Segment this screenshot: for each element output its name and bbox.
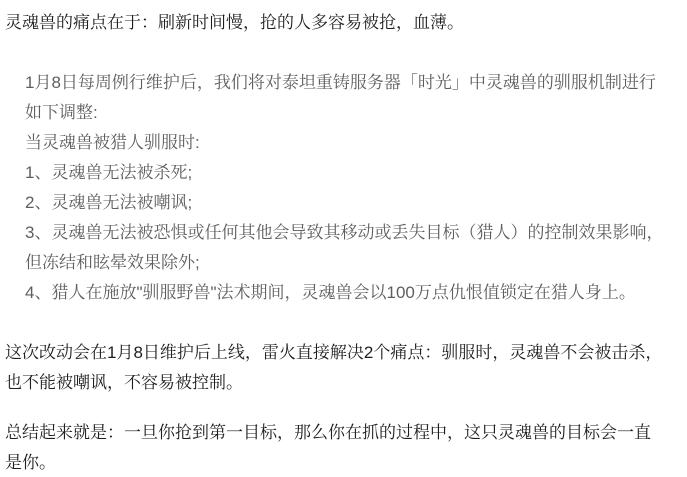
patch-condition-line: 当灵魂兽被猎人驯服时: <box>25 128 667 158</box>
patch-rule-1: 1、灵魂兽无法被杀死; <box>25 158 667 188</box>
patch-rule-3: 3、灵魂兽无法被恐惧或任何其他会导致其移动或丢失目标（猎人）的控制效果影响，但冻… <box>25 218 667 278</box>
patch-announcement-line: 1月8日每周例行维护后，我们将对泰坦重铸服务器「时光」中灵魂兽的驯服机制进行如下… <box>25 68 667 128</box>
intro-paragraph: 灵魂兽的痛点在于：刷新时间慢，抢的人多容易被抢，血薄。 <box>5 8 667 38</box>
summary-paragraph: 总结起来就是：一旦你抢到第一目标，那么你在抓的过程中，这只灵魂兽的目标会一直是你… <box>5 418 667 477</box>
patch-notes-quote: 1月8日每周例行维护后，我们将对泰坦重铸服务器「时光」中灵魂兽的驯服机制进行如下… <box>25 68 667 308</box>
article-page: 灵魂兽的痛点在于：刷新时间慢，抢的人多容易被抢，血薄。 1月8日每周例行维护后，… <box>0 0 687 477</box>
patch-rule-2: 2、灵魂兽无法被嘲讽; <box>25 188 667 218</box>
analysis-paragraph: 这次改动会在1月8日维护后上线，雷火直接解决2个痛点：驯服时，灵魂兽不会被击杀，… <box>5 338 667 398</box>
patch-rule-4: 4、猎人在施放"驯服野兽"法术期间，灵魂兽会以100万点仇恨值锁定在猎人身上。 <box>25 278 667 308</box>
